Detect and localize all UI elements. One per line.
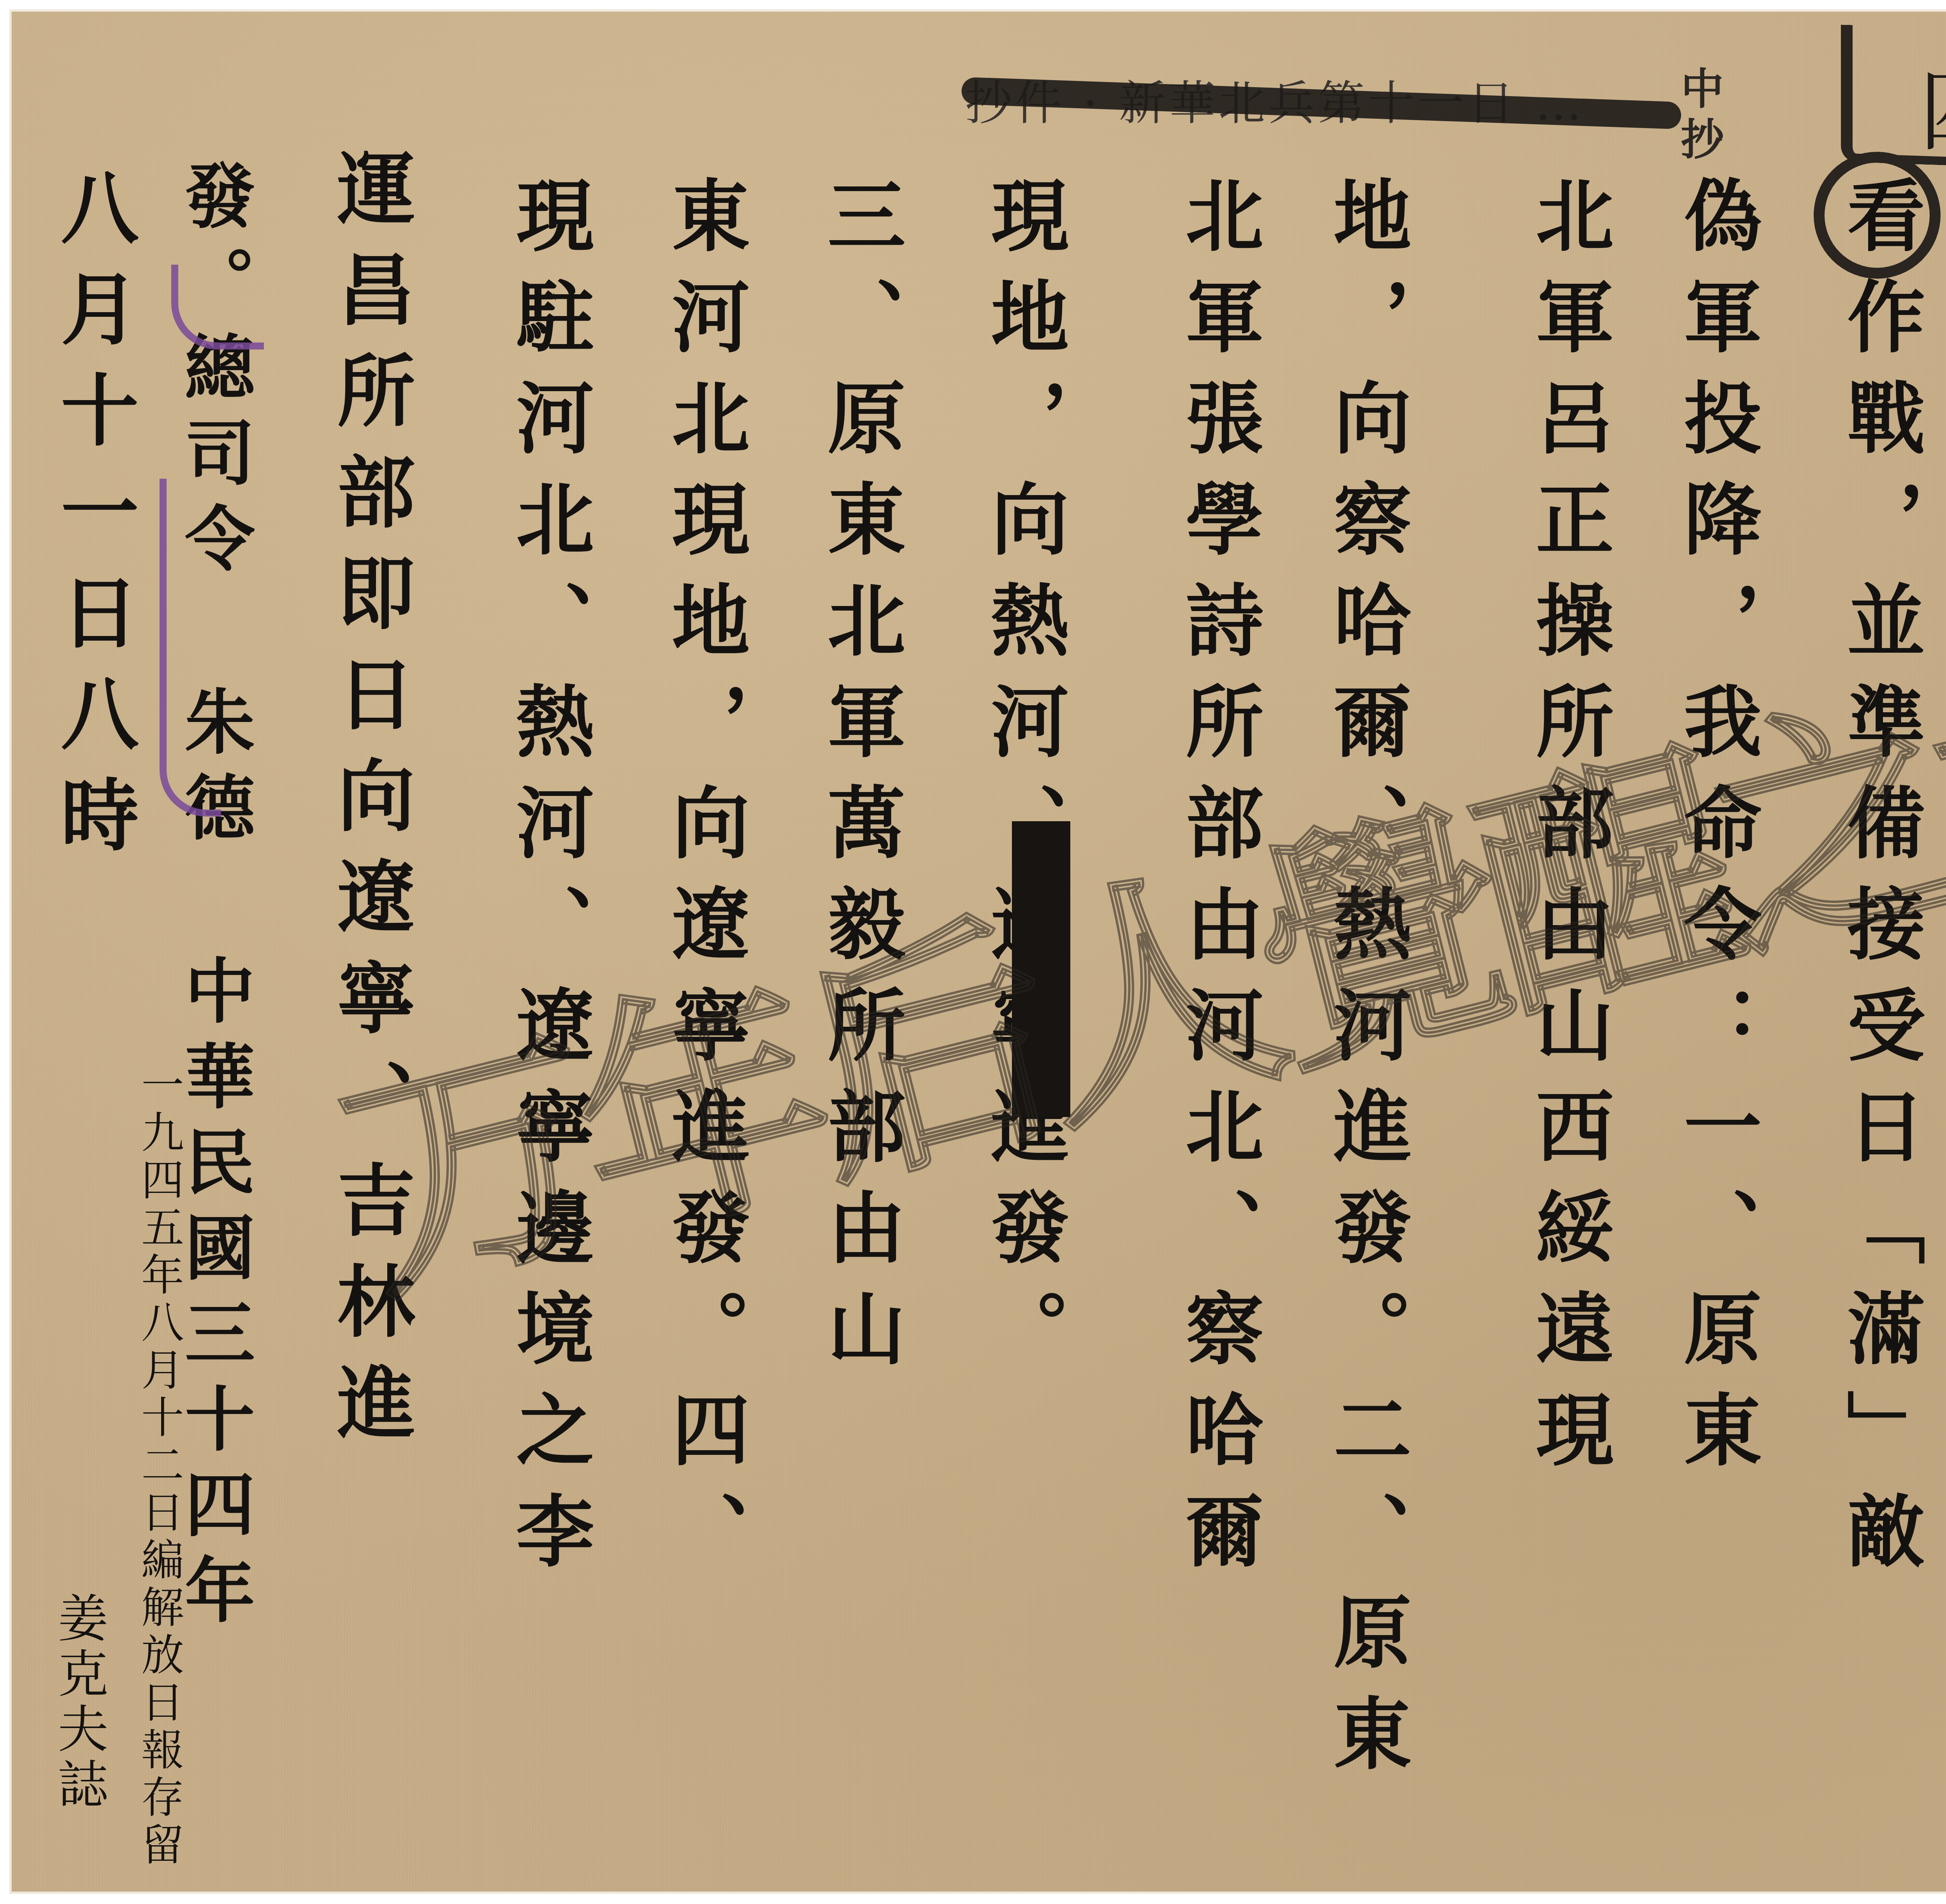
text-column-14-date: 八月十一日八時 [54,167,132,876]
text-column-11: 現駐河北、熱河、遼寧邊境之李 [510,175,588,1592]
manuscript-paper: 四號毛 1 抄件 · 新華北兵第十一日 … 中抄 新華北兵第十一日下午八時來電，… [12,12,1946,1892]
purple-insert-arrow [160,479,221,817]
text-column-10: 東河北現地，向遼寧進發。四、 [666,175,743,1592]
struck-tag: 中抄 [1677,66,1720,167]
top-label: 四號毛 [1919,39,1946,168]
archivist-signature: 姜克夫誌 [43,1592,116,1813]
archive-note: 一九四五年八月十二日編解放日報存留 [128,1063,190,1870]
text-column-8: 現地，向熱河、遼寧進發。 [985,175,1063,1389]
